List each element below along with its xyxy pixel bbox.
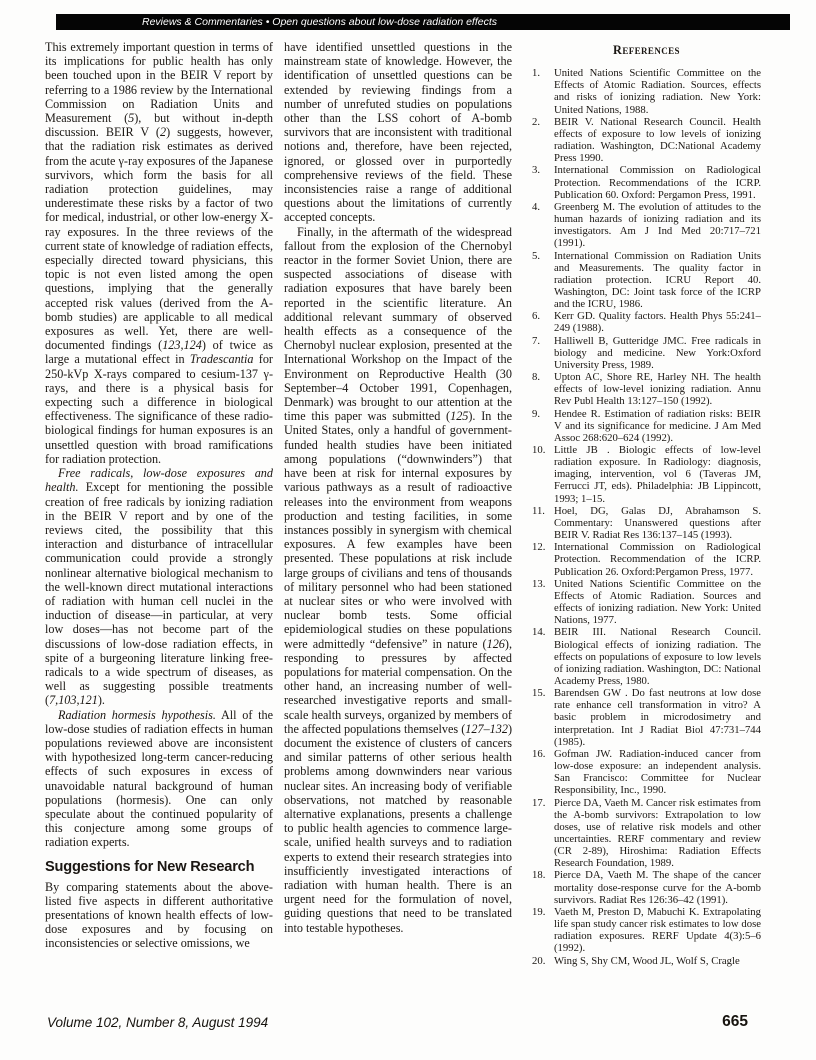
reference-number: 17.: [532, 797, 554, 809]
reference-text: International Commission on Radiation Un…: [554, 250, 761, 311]
reference-text: Gofman JW. Radiation-induced cancer from…: [554, 748, 761, 797]
reference-number: 3.: [532, 164, 554, 176]
reference-number: 8.: [532, 371, 554, 383]
reference-item: 7.Halliwell B, Gutteridge JMC. Free radi…: [532, 335, 761, 371]
section-heading: Suggestions for New Research: [45, 859, 273, 875]
reference-text: United Nations Scientific Committee on t…: [554, 67, 761, 116]
reference-text: Hendee R. Estimation of radiation risks:…: [554, 408, 761, 444]
banner-text: Reviews & Commentaries • Open questions …: [56, 14, 790, 30]
reference-number: 9.: [532, 408, 554, 420]
reference-item: 5.International Commission on Radiation …: [532, 250, 761, 311]
reference-item: 13.United Nations Scientific Committee o…: [532, 578, 761, 627]
reference-item: 14.BEIR III. National Research Council. …: [532, 626, 761, 687]
reference-number: 18.: [532, 869, 554, 881]
reference-number: 15.: [532, 687, 554, 699]
reference-number: 10.: [532, 444, 554, 456]
reference-item: 3.International Commission on Radiologic…: [532, 164, 761, 200]
reference-text: United Nations Scientific Committee on t…: [554, 578, 761, 627]
reference-number: 4.: [532, 201, 554, 213]
reference-number: 2.: [532, 116, 554, 128]
reference-item: 19.Vaeth M, Preston D, Mabuchi K. Extrap…: [532, 906, 761, 955]
reference-number: 1.: [532, 67, 554, 79]
reference-text: Upton AC, Shore RE, Harley NH. The healt…: [554, 371, 761, 407]
reference-number: 16.: [532, 748, 554, 760]
reference-text: BEIR III. National Research Council. Bio…: [554, 626, 761, 687]
paragraph: Radiation hormesis hypothesis. All of th…: [45, 708, 273, 850]
reference-item: 11.Hoel, DG, Galas DJ, Abrahamson S. Com…: [532, 505, 761, 541]
reference-item: 20.Wing S, Shy CM, Wood JL, Wolf S, Crag…: [532, 955, 761, 967]
reference-item: 8.Upton AC, Shore RE, Harley NH. The hea…: [532, 371, 761, 407]
reference-item: 10.Little JB . Biologic effects of low-l…: [532, 444, 761, 505]
reference-text: Little JB . Biologic effects of low-leve…: [554, 444, 761, 505]
reference-text: Barendsen GW . Do fast neutrons at low d…: [554, 687, 761, 748]
text-column-1: This extremely important question in ter…: [45, 40, 273, 978]
page-number: 665: [722, 1013, 748, 1031]
paragraph: By comparing statements about the above-…: [45, 880, 273, 951]
reference-item: 17.Pierce DA, Vaeth M. Cancer risk estim…: [532, 797, 761, 870]
reference-number: 19.: [532, 906, 554, 918]
references-heading: References: [532, 44, 761, 56]
journal-volume-line: Volume 102, Number 8, August 1994: [47, 1015, 268, 1030]
paragraph: have identified unsettled questions in t…: [284, 40, 512, 225]
reference-number: 5.: [532, 250, 554, 262]
reference-item: 16.Gofman JW. Radiation-induced cancer f…: [532, 748, 761, 797]
reference-number: 20.: [532, 955, 554, 967]
reference-item: 12.International Commission on Radiologi…: [532, 541, 761, 577]
reference-text: Wing S, Shy CM, Wood JL, Wolf S, Cragle: [554, 955, 761, 967]
text-column-2: have identified unsettled questions in t…: [284, 40, 512, 978]
reference-item: 9.Hendee R. Estimation of radiation risk…: [532, 408, 761, 444]
reference-number: 6.: [532, 310, 554, 322]
paragraph: Free radicals, low-dose exposures and he…: [45, 466, 273, 707]
reference-item: 18.Pierce DA, Vaeth M. The shape of the …: [532, 869, 761, 905]
reference-text: International Commission on Radiological…: [554, 541, 761, 577]
reference-number: 11.: [532, 505, 554, 517]
reference-item: 6.Kerr GD. Quality factors. Health Phys …: [532, 310, 761, 334]
paragraph: This extremely important question in ter…: [45, 40, 273, 466]
reference-item: 15.Barendsen GW . Do fast neutrons at lo…: [532, 687, 761, 748]
reference-text: Vaeth M, Preston D, Mabuchi K. Extrapola…: [554, 906, 761, 955]
reference-text: International Commission on Radiological…: [554, 164, 761, 200]
reference-number: 14.: [532, 626, 554, 638]
references-list: 1.United Nations Scientific Committee on…: [532, 67, 761, 967]
reference-item: 4.Greenberg M. The evolution of attitude…: [532, 201, 761, 250]
reference-text: BEIR V. National Research Council. Healt…: [554, 116, 761, 165]
reference-number: 7.: [532, 335, 554, 347]
paragraph: Finally, in the aftermath of the widespr…: [284, 225, 512, 935]
reference-text: Greenberg M. The evolution of attitudes …: [554, 201, 761, 250]
reference-number: 12.: [532, 541, 554, 553]
reference-item: 1.United Nations Scientific Committee on…: [532, 67, 761, 116]
reference-text: Pierce DA, Vaeth M. The shape of the can…: [554, 869, 761, 905]
reference-item: 2.BEIR V. National Research Council. Hea…: [532, 116, 761, 165]
reference-text: Kerr GD. Quality factors. Health Phys 55…: [554, 310, 761, 334]
references-column: References 1.United Nations Scientific C…: [532, 44, 761, 978]
reference-number: 13.: [532, 578, 554, 590]
page-header-banner: Reviews & Commentaries • Open questions …: [56, 14, 790, 30]
reference-text: Hoel, DG, Galas DJ, Abrahamson S. Commen…: [554, 505, 761, 541]
reference-text: Halliwell B, Gutteridge JMC. Free radica…: [554, 335, 761, 371]
reference-text: Pierce DA, Vaeth M. Cancer risk estimate…: [554, 797, 761, 870]
